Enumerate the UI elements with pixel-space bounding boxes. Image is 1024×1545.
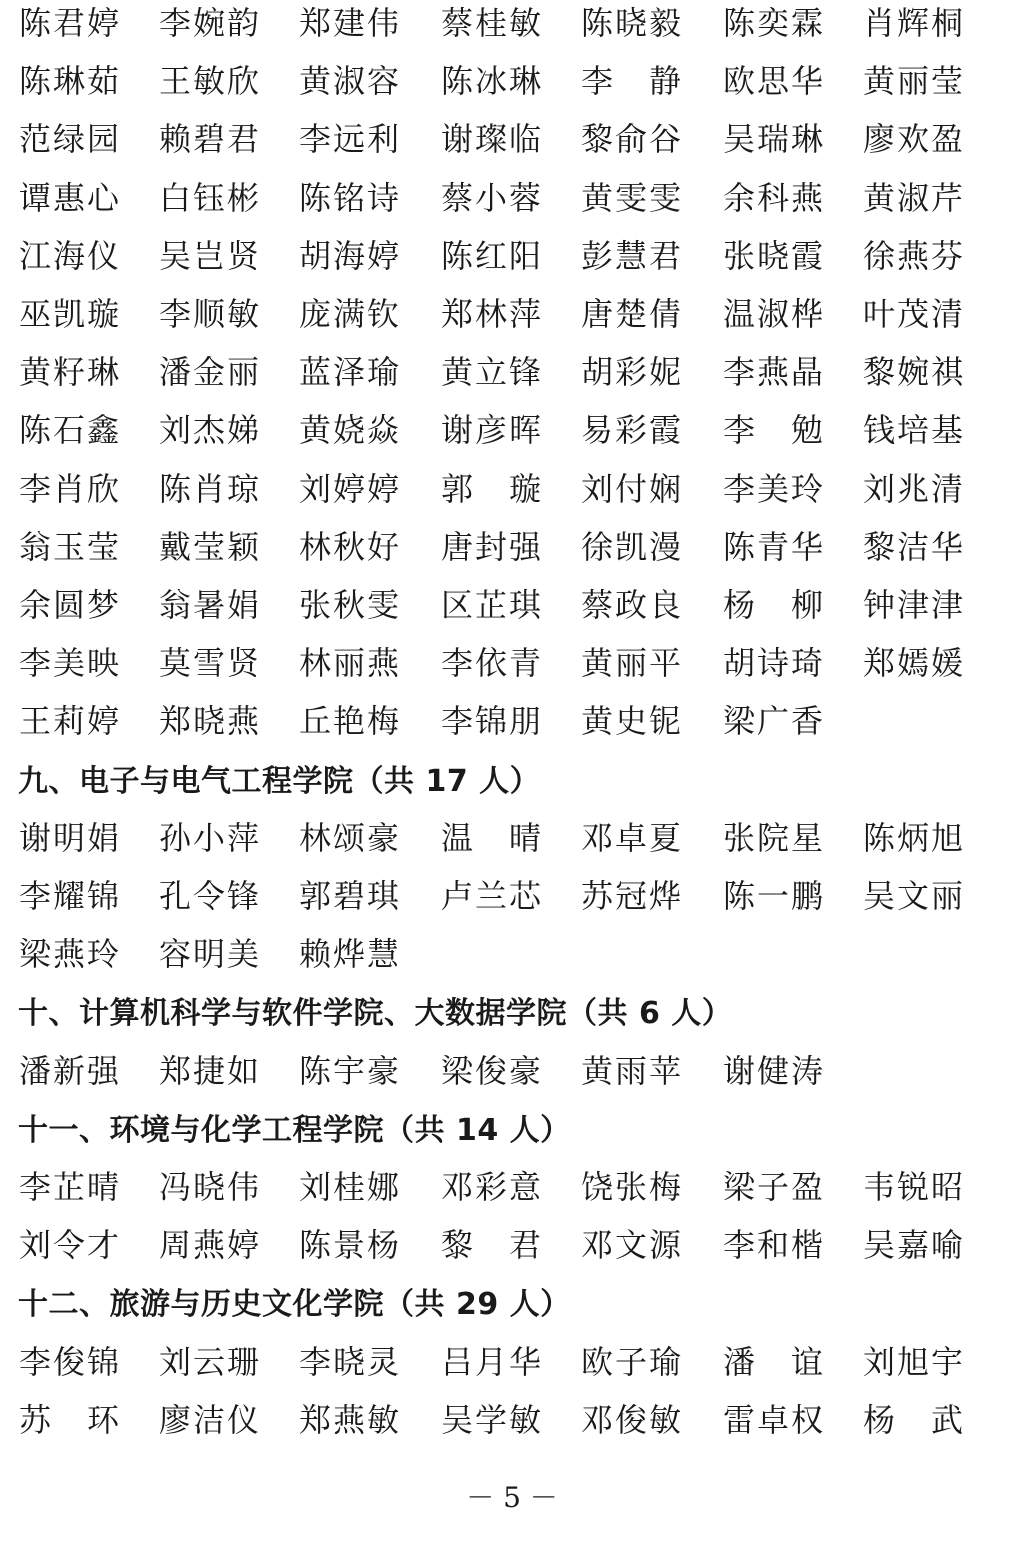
name-char: 静 bbox=[648, 58, 682, 104]
name-char: 顺 bbox=[192, 291, 226, 337]
name-char: 清 bbox=[930, 466, 964, 512]
name-char: 郑 bbox=[440, 291, 474, 337]
name-char: 谢 bbox=[440, 116, 474, 162]
name-char: 瑜 bbox=[366, 349, 400, 395]
person-name: 廖洁仪 bbox=[158, 1397, 260, 1443]
person-name: 黎君 bbox=[440, 1222, 542, 1268]
name-char: 婉 bbox=[896, 349, 930, 395]
person-name: 李远利 bbox=[298, 116, 400, 162]
person-name: 梁子盈 bbox=[722, 1164, 824, 1210]
name-char: 冠 bbox=[614, 873, 648, 919]
name-char: 辉 bbox=[896, 0, 930, 46]
name-row: 刘令才周燕婷陈景杨黎君邓文源李和楷吴嘉喻 bbox=[18, 1222, 1018, 1280]
name-char: 燕 bbox=[790, 175, 824, 221]
name-char: 文 bbox=[896, 873, 930, 919]
name-char: 黄 bbox=[580, 698, 614, 744]
name-row: 李肖欣陈肖琼刘婷婷郭璇刘付娴李美玲刘兆清 bbox=[18, 466, 1018, 524]
name-char: 基 bbox=[930, 407, 964, 453]
name-char: 冰 bbox=[474, 58, 508, 104]
name-char: 明 bbox=[52, 815, 86, 861]
name-char: 李 bbox=[722, 407, 756, 453]
person-name: 郑捷如 bbox=[158, 1048, 260, 1094]
person-name: 黎洁华 bbox=[862, 524, 964, 570]
name-char: 敏 bbox=[508, 1397, 542, 1443]
name-row: 陈君婷李婉韵郑建伟蔡桂敏陈晓毅陈奕霖肖辉桐 bbox=[18, 0, 1018, 58]
person-name: 吴嘉喻 bbox=[862, 1222, 964, 1268]
name-char: 璇 bbox=[508, 466, 542, 512]
name-char: 建 bbox=[332, 0, 366, 46]
name-char: 娟 bbox=[86, 815, 120, 861]
name-char: 鹏 bbox=[790, 873, 824, 919]
person-name: 陈红阳 bbox=[440, 233, 542, 279]
name-char: 张 bbox=[722, 233, 756, 279]
name-char: 广 bbox=[756, 698, 790, 744]
name-char: 李 bbox=[298, 1339, 332, 1385]
name-char: 胡 bbox=[298, 233, 332, 279]
person-name: 李和楷 bbox=[722, 1222, 824, 1268]
name-char: 雨 bbox=[614, 1048, 648, 1094]
name-char: 欣 bbox=[226, 58, 260, 104]
name-char: 锋 bbox=[508, 349, 542, 395]
name-char: 刘 bbox=[298, 466, 332, 512]
name-char: 李 bbox=[440, 640, 474, 686]
name-char: 涛 bbox=[790, 1048, 824, 1094]
name-char: 唐 bbox=[440, 524, 474, 570]
name-char: 平 bbox=[648, 640, 682, 686]
name-char: 刘 bbox=[862, 1339, 896, 1385]
name-char: 廖 bbox=[862, 116, 896, 162]
name-char: 洁 bbox=[192, 1397, 226, 1443]
name-char: 强 bbox=[508, 524, 542, 570]
person-name: 白钰彬 bbox=[158, 175, 260, 221]
name-char: 敏 bbox=[648, 1397, 682, 1443]
person-name: 郭璇 bbox=[440, 466, 542, 512]
name-char: 明 bbox=[192, 931, 226, 977]
person-name: 莫雪贤 bbox=[158, 640, 260, 686]
name-char: 欢 bbox=[896, 116, 930, 162]
name-char: 宇 bbox=[332, 1048, 366, 1094]
name-char: 凯 bbox=[52, 291, 86, 337]
name-char: 盈 bbox=[930, 116, 964, 162]
name-row: 范绿园赖碧君李远利谢璨临黎俞谷吴瑞琳廖欢盈 bbox=[18, 116, 1018, 174]
name-char: 晶 bbox=[790, 349, 824, 395]
name-row: 谢明娟孙小萍林颂豪温晴邓卓夏张院星陈炳旭 bbox=[18, 815, 1018, 873]
person-name: 邓卓夏 bbox=[580, 815, 682, 861]
name-char bbox=[474, 815, 508, 861]
person-name: 余圆梦 bbox=[18, 582, 120, 628]
name-char: 青 bbox=[508, 640, 542, 686]
name-char: 祺 bbox=[930, 349, 964, 395]
name-char: 玲 bbox=[790, 466, 824, 512]
name-char: 陈 bbox=[298, 1222, 332, 1268]
person-name: 黄史铌 bbox=[580, 698, 682, 744]
name-char: 林 bbox=[298, 815, 332, 861]
name-char: 夏 bbox=[648, 815, 682, 861]
name-char: 贤 bbox=[226, 233, 260, 279]
name-char: 旭 bbox=[930, 815, 964, 861]
name-char: 俊 bbox=[614, 1397, 648, 1443]
document-page: 陈君婷李婉韵郑建伟蔡桂敏陈晓毅陈奕霖肖辉桐陈琳茹王敏欣黄淑容陈冰琳李静欧思华黄丽… bbox=[0, 0, 1024, 1545]
name-char: 海 bbox=[52, 233, 86, 279]
name-char: 吕 bbox=[440, 1339, 474, 1385]
name-row: 陈石鑫刘杰娣黄娆焱谢彦晖易彩霞李勉钱培基 bbox=[18, 407, 1018, 465]
name-char bbox=[52, 1397, 86, 1443]
name-char: 敏 bbox=[366, 1397, 400, 1443]
person-name: 邓俊敏 bbox=[580, 1397, 682, 1443]
name-char: 郑 bbox=[158, 1048, 192, 1094]
name-char: 海 bbox=[332, 233, 366, 279]
name-row: 李俊锦刘云珊李晓灵吕月华欧子瑜潘谊刘旭宇 bbox=[18, 1339, 1018, 1397]
name-char: 芷 bbox=[474, 582, 508, 628]
name-char bbox=[756, 582, 790, 628]
name-char: 耀 bbox=[52, 873, 86, 919]
name-row: 余圆梦翁暑娟张秋雯区芷琪蔡政良杨柳钟津津 bbox=[18, 582, 1018, 640]
name-char: 廖 bbox=[158, 1397, 192, 1443]
person-name: 张秋雯 bbox=[298, 582, 400, 628]
name-char: 易 bbox=[580, 407, 614, 453]
person-name: 谢彦晖 bbox=[440, 407, 542, 453]
name-char: 吴 bbox=[158, 233, 192, 279]
person-name: 蔡小蓉 bbox=[440, 175, 542, 221]
person-name: 郑燕敏 bbox=[298, 1397, 400, 1443]
name-row: 陈琳茹王敏欣黄淑容陈冰琳李静欧思华黄丽莹 bbox=[18, 58, 1018, 116]
name-char: 蓉 bbox=[508, 175, 542, 221]
name-char: 燕 bbox=[896, 233, 930, 279]
name-char: 黄 bbox=[580, 175, 614, 221]
name-char: 伟 bbox=[366, 0, 400, 46]
name-char: 谢 bbox=[440, 407, 474, 453]
name-char: 依 bbox=[474, 640, 508, 686]
name-char: 一 bbox=[756, 873, 790, 919]
person-name: 李肖欣 bbox=[18, 466, 120, 512]
name-char: 苏 bbox=[18, 1397, 52, 1443]
name-char: 刘 bbox=[158, 407, 192, 453]
person-name: 叶茂清 bbox=[862, 291, 964, 337]
name-char: 淑 bbox=[756, 291, 790, 337]
name-char: 利 bbox=[366, 116, 400, 162]
name-char: 徐 bbox=[580, 524, 614, 570]
name-char: 颂 bbox=[332, 815, 366, 861]
name-char: 钰 bbox=[192, 175, 226, 221]
name-char: 黄 bbox=[862, 175, 896, 221]
person-name: 邓彩意 bbox=[440, 1164, 542, 1210]
name-char: 卢 bbox=[440, 873, 474, 919]
section-heading: 十一、环境与化学工程学院（共 14 人） bbox=[18, 1106, 571, 1156]
person-name: 林秋好 bbox=[298, 524, 400, 570]
person-name: 郭碧琪 bbox=[298, 873, 400, 919]
name-char: 晓 bbox=[614, 0, 648, 46]
person-name: 胡海婷 bbox=[298, 233, 400, 279]
name-char: 欧 bbox=[580, 1339, 614, 1385]
name-char: 楷 bbox=[790, 1222, 824, 1268]
person-name: 温淑桦 bbox=[722, 291, 824, 337]
name-char: 锦 bbox=[474, 698, 508, 744]
person-name: 彭慧君 bbox=[580, 233, 682, 279]
name-char: 园 bbox=[86, 116, 120, 162]
person-name: 陈一鹏 bbox=[722, 873, 824, 919]
name-char: 谢 bbox=[18, 815, 52, 861]
name-char: 燕 bbox=[226, 698, 260, 744]
name-char: 陈 bbox=[580, 0, 614, 46]
name-char: 温 bbox=[722, 291, 756, 337]
person-name: 李俊锦 bbox=[18, 1339, 120, 1385]
name-char: 珊 bbox=[226, 1339, 260, 1385]
name-char: 饶 bbox=[580, 1164, 614, 1210]
name-char: 温 bbox=[440, 815, 474, 861]
name-char: 区 bbox=[440, 582, 474, 628]
name-char: 权 bbox=[790, 1397, 824, 1443]
name-char: 仪 bbox=[86, 233, 120, 279]
person-name: 陈冰琳 bbox=[440, 58, 542, 104]
name-char: 李 bbox=[18, 873, 52, 919]
name-char: 晓 bbox=[756, 233, 790, 279]
name-char: 封 bbox=[474, 524, 508, 570]
section-heading: 十二、旅游与历史文化学院（共 29 人） bbox=[18, 1280, 571, 1330]
name-char: 燕 bbox=[192, 1222, 226, 1268]
name-char: 豪 bbox=[366, 815, 400, 861]
person-name: 梁广香 bbox=[722, 698, 824, 744]
name-char: 云 bbox=[192, 1339, 226, 1385]
name-char: 兰 bbox=[474, 873, 508, 919]
name-char: 政 bbox=[614, 582, 648, 628]
name-char: 锦 bbox=[86, 873, 120, 919]
name-char: 婷 bbox=[86, 698, 120, 744]
name-char: 景 bbox=[332, 1222, 366, 1268]
name-char: 芬 bbox=[930, 233, 964, 279]
name-char: 嫣 bbox=[896, 640, 930, 686]
name-char: 敏 bbox=[226, 291, 260, 337]
name-char: 慧 bbox=[366, 931, 400, 977]
name-char: 婷 bbox=[366, 466, 400, 512]
name-char: 陈 bbox=[158, 466, 192, 512]
name-char: 锐 bbox=[896, 1164, 930, 1210]
person-name: 王敏欣 bbox=[158, 58, 260, 104]
person-name: 刘桂娜 bbox=[298, 1164, 400, 1210]
name-char: 苏 bbox=[580, 873, 614, 919]
name-char: 豪 bbox=[508, 1048, 542, 1094]
name-char: 炳 bbox=[896, 815, 930, 861]
name-char: 李 bbox=[722, 466, 756, 512]
name-char: 喻 bbox=[930, 1222, 964, 1268]
name-char: 柳 bbox=[790, 582, 824, 628]
name-char: 清 bbox=[930, 291, 964, 337]
person-name: 陈肖琼 bbox=[158, 466, 260, 512]
name-char: 良 bbox=[648, 582, 682, 628]
person-name: 张院星 bbox=[722, 815, 824, 861]
person-name: 唐楚倩 bbox=[580, 291, 682, 337]
name-char: 如 bbox=[226, 1048, 260, 1094]
person-name: 黄籽琳 bbox=[18, 349, 120, 395]
person-name: 王莉婷 bbox=[18, 698, 120, 744]
name-char: 莉 bbox=[52, 698, 86, 744]
person-name: 郑建伟 bbox=[298, 0, 400, 46]
name-char: 卓 bbox=[756, 1397, 790, 1443]
name-char: 子 bbox=[614, 1339, 648, 1385]
name-char: 王 bbox=[18, 698, 52, 744]
name-char: 黄 bbox=[18, 349, 52, 395]
name-char: 强 bbox=[86, 1048, 120, 1094]
name-char: 蔡 bbox=[440, 0, 474, 46]
name-char: 霞 bbox=[790, 233, 824, 279]
name-char: 诗 bbox=[366, 175, 400, 221]
name-char: 邓 bbox=[580, 1222, 614, 1268]
person-name: 黄丽莹 bbox=[862, 58, 964, 104]
name-char: 翁 bbox=[18, 524, 52, 570]
name-char: 晓 bbox=[192, 1164, 226, 1210]
name-char: 彩 bbox=[614, 407, 648, 453]
name-char: 倩 bbox=[648, 291, 682, 337]
person-name: 周燕婷 bbox=[158, 1222, 260, 1268]
name-char: 绿 bbox=[52, 116, 86, 162]
name-char: 杨 bbox=[722, 582, 756, 628]
person-name: 温晴 bbox=[440, 815, 542, 861]
person-name: 胡诗琦 bbox=[722, 640, 824, 686]
name-char: 肖 bbox=[862, 0, 896, 46]
person-name: 李美玲 bbox=[722, 466, 824, 512]
person-name: 李锦朋 bbox=[440, 698, 542, 744]
name-char: 赖 bbox=[298, 931, 332, 977]
name-row: 王莉婷郑晓燕丘艳梅李锦朋黄史铌梁广香 bbox=[18, 698, 1018, 756]
name-char: 雪 bbox=[192, 640, 226, 686]
name-char: 环 bbox=[86, 1397, 120, 1443]
name-char: 韦 bbox=[862, 1164, 896, 1210]
name-char: 容 bbox=[158, 931, 192, 977]
name-char: 月 bbox=[474, 1339, 508, 1385]
name-char: 嘉 bbox=[896, 1222, 930, 1268]
name-char: 吴 bbox=[862, 1222, 896, 1268]
name-char: 李 bbox=[580, 58, 614, 104]
person-name: 郑晓燕 bbox=[158, 698, 260, 744]
name-char: 霞 bbox=[648, 407, 682, 453]
name-char: 李 bbox=[18, 466, 52, 512]
person-name: 李美映 bbox=[18, 640, 120, 686]
name-row: 梁燕玲容明美赖烨慧 bbox=[18, 931, 1018, 989]
name-char: 宇 bbox=[930, 1339, 964, 1385]
name-char: 艳 bbox=[332, 698, 366, 744]
name-char: 陈 bbox=[18, 0, 52, 46]
name-char: 青 bbox=[756, 524, 790, 570]
person-name: 黄淑容 bbox=[298, 58, 400, 104]
person-name: 黄立锋 bbox=[440, 349, 542, 395]
name-char: 娴 bbox=[648, 466, 682, 512]
name-char: 琳 bbox=[86, 349, 120, 395]
name-char: 燕 bbox=[52, 931, 86, 977]
name-char: 桂 bbox=[474, 0, 508, 46]
name-char: 俊 bbox=[474, 1048, 508, 1094]
name-char: 娜 bbox=[366, 1164, 400, 1210]
name-char: 黄 bbox=[862, 58, 896, 104]
person-name: 刘令才 bbox=[18, 1222, 120, 1268]
name-char: 蔡 bbox=[580, 582, 614, 628]
name-char: 丽 bbox=[896, 58, 930, 104]
name-char: 卓 bbox=[614, 815, 648, 861]
name-char: 黎 bbox=[862, 524, 896, 570]
name-char: 黄 bbox=[580, 640, 614, 686]
person-name: 巫凯璇 bbox=[18, 291, 120, 337]
person-name: 陈青华 bbox=[722, 524, 824, 570]
name-char: 孔 bbox=[158, 873, 192, 919]
person-name: 林颂豪 bbox=[298, 815, 400, 861]
name-char: 李 bbox=[158, 0, 192, 46]
name-char: 萍 bbox=[226, 815, 260, 861]
name-char: 雯 bbox=[366, 582, 400, 628]
name-char: 婉 bbox=[192, 0, 226, 46]
person-name: 蔡桂敏 bbox=[440, 0, 542, 46]
name-char: 黎 bbox=[580, 116, 614, 162]
person-name: 郑林萍 bbox=[440, 291, 542, 337]
person-name: 杨武 bbox=[862, 1397, 964, 1443]
name-char: 秋 bbox=[332, 582, 366, 628]
name-char: 远 bbox=[332, 116, 366, 162]
name-char: 刘 bbox=[580, 466, 614, 512]
name-char: 林 bbox=[298, 640, 332, 686]
name-char: 茂 bbox=[896, 291, 930, 337]
name-char: 琦 bbox=[790, 640, 824, 686]
name-char: 文 bbox=[614, 1222, 648, 1268]
name-char: 小 bbox=[474, 175, 508, 221]
person-name: 黎婉祺 bbox=[862, 349, 964, 395]
name-char: 婷 bbox=[332, 466, 366, 512]
name-char: 桦 bbox=[790, 291, 824, 337]
person-name: 黎俞谷 bbox=[580, 116, 682, 162]
name-char: 容 bbox=[366, 58, 400, 104]
name-char: 捷 bbox=[192, 1048, 226, 1094]
person-name: 黄雯雯 bbox=[580, 175, 682, 221]
name-char: 盈 bbox=[790, 1164, 824, 1210]
person-name: 陈晓毅 bbox=[580, 0, 682, 46]
name-char: 陈 bbox=[18, 58, 52, 104]
name-row: 江海仪吴岂贤胡海婷陈红阳彭慧君张晓霞徐燕芬 bbox=[18, 233, 1018, 291]
name-char: 王 bbox=[158, 58, 192, 104]
name-char: 华 bbox=[790, 58, 824, 104]
name-char: 婷 bbox=[366, 233, 400, 279]
name-char: 彬 bbox=[226, 175, 260, 221]
name-char: 津 bbox=[896, 582, 930, 628]
name-char: 颖 bbox=[226, 524, 260, 570]
name-char bbox=[896, 1397, 930, 1443]
name-char bbox=[756, 407, 790, 453]
person-name: 欧思华 bbox=[722, 58, 824, 104]
person-name: 蓝泽瑜 bbox=[298, 349, 400, 395]
name-char: 婷 bbox=[86, 0, 120, 46]
person-name: 翁玉莹 bbox=[18, 524, 120, 570]
name-char: 泽 bbox=[332, 349, 366, 395]
name-char: 桂 bbox=[332, 1164, 366, 1210]
name-char: 余 bbox=[18, 582, 52, 628]
name-char: 新 bbox=[52, 1048, 86, 1094]
name-char: 刘 bbox=[298, 1164, 332, 1210]
name-char: 美 bbox=[52, 640, 86, 686]
name-char: 美 bbox=[226, 931, 260, 977]
name-char: 娣 bbox=[226, 407, 260, 453]
name-char: 琪 bbox=[366, 873, 400, 919]
name-char: 朋 bbox=[508, 698, 542, 744]
person-name: 黄雨苹 bbox=[580, 1048, 682, 1094]
name-char: 映 bbox=[86, 640, 120, 686]
name-char: 俞 bbox=[614, 116, 648, 162]
name-char: 谷 bbox=[648, 116, 682, 162]
person-name: 饶张梅 bbox=[580, 1164, 682, 1210]
name-char: 郭 bbox=[440, 466, 474, 512]
name-char: 梁 bbox=[18, 931, 52, 977]
name-char: 意 bbox=[508, 1164, 542, 1210]
person-name: 谭惠心 bbox=[18, 175, 120, 221]
name-char: 华 bbox=[790, 524, 824, 570]
name-row: 翁玉莹戴莹颖林秋好唐封强徐凯漫陈青华黎洁华 bbox=[18, 524, 1018, 582]
person-name: 范绿园 bbox=[18, 116, 120, 162]
name-char: 琪 bbox=[508, 582, 542, 628]
person-name: 肖辉桐 bbox=[862, 0, 964, 46]
